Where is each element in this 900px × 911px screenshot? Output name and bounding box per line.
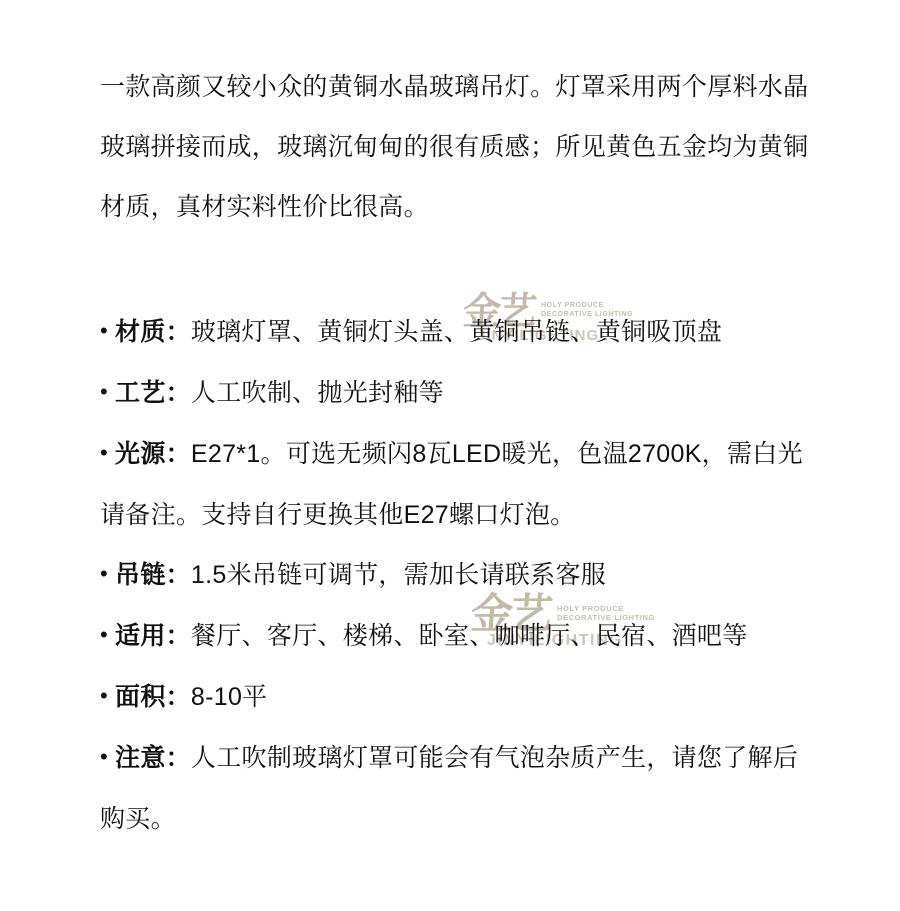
- bullet-dot-icon: •: [100, 727, 108, 787]
- bullet-dot-icon: •: [100, 605, 108, 665]
- spec-value: 玻璃灯罩、黄铜灯头盖、黄铜吊链、黄铜吸顶盘: [191, 318, 722, 346]
- spec-value: 8-10平: [191, 683, 268, 711]
- spec-label: 光源：: [115, 440, 191, 468]
- spec-value: 人工吹制、抛光封釉等: [191, 379, 444, 407]
- spec-item: •工艺：人工吹制、抛光封釉等: [100, 363, 818, 424]
- spec-item: •适用：餐厅、客厅、楼梯、卧室、咖啡厅、民宿、酒吧等: [100, 606, 818, 667]
- spec-item: •吊链：1.5米吊链可调节，需加长请联系客服: [100, 545, 818, 606]
- bullet-dot-icon: •: [100, 423, 108, 483]
- spec-value: 餐厅、客厅、楼梯、卧室、咖啡厅、民宿、酒吧等: [191, 622, 748, 650]
- spec-item: •材质：玻璃灯罩、黄铜灯头盖、黄铜吊链、黄铜吸顶盘: [100, 302, 818, 363]
- spec-label: 工艺：: [115, 379, 191, 407]
- spec-item: •光源：E27*1。可选无频闪8瓦LED暖光，色温2700K，需白光请备注。支持…: [100, 424, 818, 545]
- spec-label: 注意：: [115, 744, 191, 772]
- page: { "page": { "background_color": "#ffffff…: [0, 0, 900, 911]
- bullet-dot-icon: •: [100, 544, 108, 604]
- spec-value: 1.5米吊链可调节，需加长请联系客服: [191, 561, 606, 589]
- spec-list: •材质：玻璃灯罩、黄铜灯头盖、黄铜吊链、黄铜吸顶盘 •工艺：人工吹制、抛光封釉等…: [100, 302, 818, 849]
- intro-paragraph: 一款高颜又较小众的黄铜水晶玻璃吊灯。灯罩采用两个厚料水晶玻璃拼接而成，玻璃沉甸甸…: [100, 57, 818, 237]
- content-area: 一款高颜又较小众的黄铜水晶玻璃吊灯。灯罩采用两个厚料水晶玻璃拼接而成，玻璃沉甸甸…: [100, 57, 818, 849]
- bullet-dot-icon: •: [100, 301, 108, 361]
- bullet-dot-icon: •: [100, 362, 108, 422]
- product-description-document: 金艺 HOLY PRODUCE DECORATIVE LIGHTING JINY…: [0, 0, 900, 911]
- spec-label: 吊链：: [115, 561, 191, 589]
- spec-item: •注意：人工吹制玻璃灯罩可能会有气泡杂质产生，请您了解后购买。: [100, 728, 818, 849]
- spec-item: •面积：8-10平: [100, 667, 818, 728]
- bullet-dot-icon: •: [100, 666, 108, 726]
- spec-label: 适用：: [115, 622, 191, 650]
- spec-label: 面积：: [115, 683, 191, 711]
- spec-value: E27*1。可选无频闪8瓦LED暖光，色温2700K，需白光请备注。支持自行更换…: [100, 440, 803, 529]
- spec-label: 材质：: [115, 318, 191, 346]
- spec-value: 人工吹制玻璃灯罩可能会有气泡杂质产生，请您了解后购买。: [100, 744, 798, 833]
